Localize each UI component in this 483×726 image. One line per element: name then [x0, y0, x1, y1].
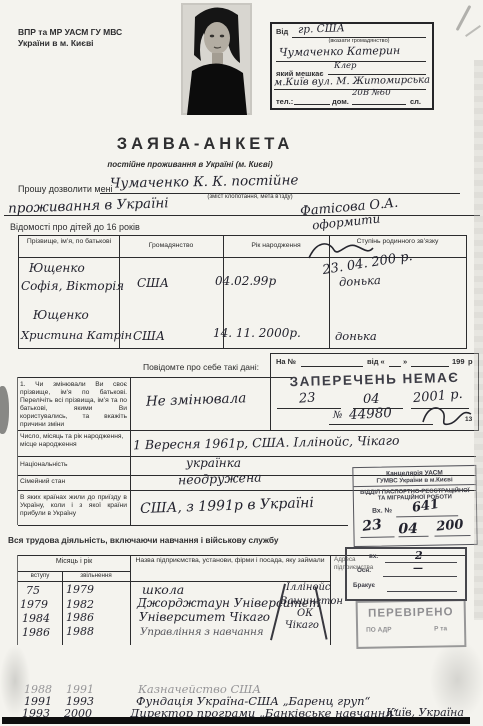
work-subcol-divider: [62, 571, 63, 645]
chancellery-year-line: [435, 535, 471, 537]
q-row-line-5: [18, 525, 348, 526]
work-row3-addr: ОК: [297, 608, 313, 619]
q1-label: 1. Чи змінювали Ви своє прізвище, ім’я п…: [20, 381, 127, 430]
child-row2-citizenship: США: [133, 329, 165, 343]
ref-day-line: [389, 366, 401, 367]
form-title: ЗАЯВА-АНКЕТА: [55, 135, 355, 154]
marital-answer-handwritten: неодружена: [178, 470, 262, 488]
portrait-photo-image: [181, 3, 252, 115]
ref-vid-label: від «: [367, 357, 385, 366]
incoming-number-value: 641: [411, 497, 440, 516]
verified-stamp-line3: Р та: [434, 625, 447, 632]
verified-stamp-text: ПЕРЕВІРЕНО: [358, 606, 464, 620]
q-table-left-border: [17, 377, 18, 525]
birth-label: Число, місяць та рік народження, місце н…: [20, 433, 127, 449]
work-section-label: Вся трудова діяльність, включаючи навчан…: [8, 535, 328, 545]
address2-handwritten: 20В №60: [352, 88, 391, 98]
scan-artifact-bottom-left: [0, 645, 30, 717]
work-row2-from: 1979: [20, 598, 48, 611]
q-row-line-2: [18, 456, 476, 457]
no-objections-stamp-text: ЗАПЕРЕЧЕНЬ НЕМАЄ: [271, 369, 478, 389]
applicant-name-handwritten: Чумаченко Катерин: [279, 44, 400, 59]
q-table-top-line: [18, 377, 294, 378]
dom-label: дом.: [332, 97, 349, 106]
address-stamp-in-value: 2: [415, 549, 423, 562]
request-underline-2: [4, 215, 480, 216]
work-left-border: [17, 555, 18, 645]
scan-artifact-left-blob: [0, 386, 9, 434]
scan-artifact-top-right-1: [456, 5, 472, 31]
ref-year-hint: 199: [452, 357, 465, 366]
chancellery-day-line: [361, 536, 395, 538]
work-row1-org: школа: [142, 582, 184, 597]
org-name-line1: ВПР та МР УАСМ ГУ МВС: [18, 27, 122, 38]
org-name: ВПР та МР УАСМ ГУ МВС України в м. Києві: [18, 27, 122, 48]
child-row1-name1: Ющенко: [29, 261, 85, 275]
chancellery-day: 23: [361, 517, 382, 535]
work-row3-org: Університет Чікаго: [139, 610, 270, 624]
children-col-header-name: Прізвище, ім’я, по батькові: [19, 238, 119, 246]
verified-stamp-line2: ПО АДР: [366, 626, 392, 633]
work-row4-addr: Чікаго: [285, 620, 319, 631]
form-subtitle: постійне проживання в Україні (м. Києві): [75, 160, 305, 169]
self-info-intro: Повідомте про себе такі дані:: [143, 362, 259, 372]
ref-quote-close: »: [403, 357, 407, 366]
work-row1-from: 75: [26, 584, 40, 597]
child-row1-name2: Софія, Вікторія: [21, 279, 124, 293]
request-handwritten-2: проживання в Україні: [8, 195, 169, 217]
children-col-header-citizenship: Громадянство: [119, 242, 223, 249]
work-row4-org: Управління з навчання: [140, 626, 263, 638]
sl-label: сл.: [410, 97, 421, 106]
request-purpose-hint: (зміст клопотання, мета в’їзду): [160, 194, 340, 200]
nationality-label: Національність: [20, 461, 127, 468]
address-stamp-line-3: [387, 591, 457, 592]
child-row2-name2: Христина Катрін: [21, 328, 132, 342]
from-box: Від гр. США (вказати громадянство) Чумач…: [270, 22, 434, 110]
chancellery-stamp: Канцелярія УАСМ ГУМВС України в м.Києві …: [352, 465, 477, 547]
scan-artifact-top-right-2: [465, 25, 481, 37]
address-underline: [274, 89, 426, 90]
address-stamp-osn-value: —: [413, 563, 423, 574]
work-row1-to: 1979: [66, 583, 94, 596]
applicant-name2-handwritten: Клер: [334, 61, 356, 71]
ref-r-hint: р: [468, 357, 473, 366]
child-row1-citizenship: США: [137, 276, 169, 290]
scan-bottom-bar: [2, 717, 470, 724]
scan-artifact-bottom-right: [430, 640, 483, 720]
countries-answer-handwritten: США, з 1991р в Україні: [140, 495, 314, 517]
child-row1-born: 04.02.99р: [215, 274, 276, 288]
child-row1-relation: донька: [339, 273, 381, 289]
request-handwritten-1: Чумаченко К. К. постійне: [110, 172, 299, 191]
address-stamp-osn-label: Осн.: [357, 567, 371, 574]
child-row2-name1: Ющенко: [33, 308, 89, 322]
chancellery-year: 200: [436, 517, 464, 534]
nationality-answer-handwritten: українка: [186, 456, 241, 470]
work-row3-from: 1984: [22, 612, 50, 625]
portrait-photo: [181, 3, 252, 115]
children-section-label: Відомості про дітей до 16 років: [10, 222, 140, 232]
work-row1-addr: Іллінойс: [286, 582, 331, 593]
bracket-stroke-right: [314, 586, 327, 639]
child-row2-relation: донька: [335, 329, 377, 343]
work-header-end: звільнення: [62, 572, 130, 579]
stamp-day-line: [277, 408, 341, 409]
chancellery-line2: ГУМВС України в м.Києві: [354, 476, 476, 487]
countries-label: В яких країнах жили до приїзду в Україну…: [20, 494, 127, 518]
from-label: Від: [276, 27, 288, 36]
work-row2-addr: Вашингтон: [280, 596, 343, 607]
address-stamp-missing-label: Бракує: [353, 582, 375, 589]
incoming-number-line: [396, 515, 458, 517]
birth-answer-handwritten: 1 Вересня 1961р, США. Іллінойс, Чікаго: [133, 433, 400, 453]
bracket-stroke-left: [270, 584, 286, 641]
ref-na-label: На №: [276, 357, 296, 366]
citizenship-hint: (вказати громадянство): [292, 38, 426, 44]
scanned-application-form: ВПР та МР УАСМ ГУ МВС України в м. Києві…: [0, 0, 483, 726]
case-number-value: 44980: [349, 405, 393, 423]
address-stamp-line-2: [383, 576, 457, 577]
org-name-line2: України в м. Києві: [18, 38, 122, 49]
case-number-line: [329, 424, 433, 425]
work-row4-to: 1988: [66, 625, 94, 638]
official-signature-scribble: [419, 400, 475, 428]
tel-line: [294, 104, 330, 105]
child-row2-born: 14. 11. 2000р.: [213, 326, 301, 340]
address-handwritten: м.Київ вул. М. Житомирська: [274, 75, 430, 89]
work-header-org: Назва підприємства, установи, фірми і по…: [132, 557, 328, 565]
work-row4-from: 1986: [22, 626, 50, 639]
work-header-start: вступу: [18, 572, 62, 579]
work-row2-to: 1982: [66, 598, 94, 611]
q1-answer-handwritten: Не змінювала: [146, 390, 247, 409]
stamp-day-handwritten: 23: [298, 390, 316, 406]
tel-label: тел.:: [276, 97, 293, 106]
ref-month-line: [411, 366, 449, 367]
request-label: Прошу дозволити мені: [18, 184, 113, 194]
work-header-period: Місяць і рік: [18, 558, 130, 565]
ref-number-box: На № від « » 199 р ЗАПЕРЕЧЕНЬ НЕМАЄ 23 0…: [270, 353, 479, 431]
address-stamp: вх. 2 Осн. — Бракує: [345, 547, 467, 601]
work-col-divider-1: [130, 555, 131, 645]
incoming-number-label: Вх. №: [372, 507, 392, 514]
marital-label: Сімейний стан: [20, 478, 127, 485]
work-row3-to: 1986: [66, 611, 94, 624]
corner-number: 13: [465, 416, 472, 423]
ref-na-line: [301, 366, 363, 367]
scan-artifact-right-edge: [474, 60, 483, 620]
address-stamp-in-label: вх.: [369, 553, 378, 560]
case-number-label: №: [333, 410, 342, 421]
from-citizenship-handwritten: гр. США: [298, 22, 345, 36]
q-table-col-divider: [130, 377, 131, 525]
chancellery-month: 04: [398, 521, 418, 537]
dom-line: [352, 104, 406, 105]
chancellery-month-line: [399, 536, 429, 538]
